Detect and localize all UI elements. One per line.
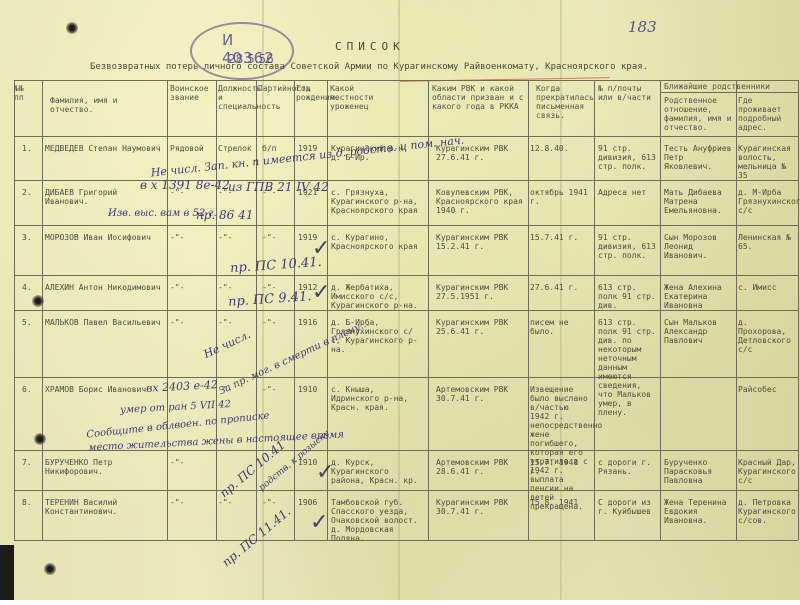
handwritten-note: в х 1391 8е-42 [140,178,230,192]
cell-drafted: Артемовским РВК 28.6.41 г. [436,458,528,476]
cell-position: Стрелок [218,144,256,153]
header-position: Должность и специальность [218,84,256,111]
cell-num: 3. [22,233,40,242]
grid-line [14,136,798,137]
cell-last-contact: 15.7. 1941 г. [530,458,592,476]
header-year: Год рождения. [296,84,322,102]
punch-hole [34,433,46,445]
document-title: СПИСОК [335,40,405,53]
scan-edge-shadow [0,545,14,600]
handwritten-note: из ГПВ 21 IV 42 [228,180,329,194]
cell-relative: Сын Морозов Леонид Иванович. [664,233,734,260]
archive-document-sheet: И 40362 28.5.56 183 СПИСОК Безвозвратных… [0,0,800,600]
cell-year: 1910 [298,385,322,394]
cell-birthplace: с. Кныша, Идринского р-на, Красн. края. [331,385,421,412]
cell-name: БУРУЧЕНКО Петр Никифорович. [45,458,165,476]
header-address: Где проживает подробный адрес. [738,96,796,132]
grid-line [14,310,798,311]
grid-line [14,80,798,81]
grid-line [798,80,799,540]
cell-position: -"- [218,233,256,242]
handwritten-note: пр. ПС 10.41. [230,255,323,276]
cell-relative: Бурученко Парасковья Павловна [664,458,734,485]
cell-num: 1. [22,144,40,153]
check-mark-icon: ✓ [310,510,328,535]
handwritten-note: Не числ. [202,328,253,361]
cell-relative: Тесть Ануфриев Петр Яковлевич. [664,144,734,171]
header-birthplace: Какой местности уроженец [330,84,402,111]
header-unit: № п/почты или в/части [598,84,658,102]
grid-line [14,377,798,378]
cell-last-contact: 15.7.41 г. [530,233,592,242]
header-last-contact: Когда прекратилась письменная связь. [536,84,596,120]
handwritten-note: вх 2403 е-42 [146,378,218,395]
cell-birthplace: д. Курск, Курагинского района, Красн. кр… [331,458,421,485]
cell-num: 8. [22,498,40,507]
cell-address: д. М-Ирба Грязнухинского с/с [738,188,796,215]
punch-hole [66,22,78,34]
cell-num: 6. [22,385,40,394]
cell-birthplace: с. Грязнуха, Курагинского р-на, Краснояр… [331,188,421,215]
cell-rank: -"- [170,458,214,467]
header-party: Партийность [258,84,292,93]
handwritten-note: умер от ран 5 VII 42 [120,399,231,416]
cell-party: -"- [262,318,292,327]
check-mark-icon: ✓ [312,236,330,261]
document-subtitle: Безвозвратных потерь личного состава Сов… [90,62,648,72]
cell-party: -"- [262,385,292,394]
page-number: 183 [628,18,657,36]
cell-rank: -"- [170,283,214,292]
cell-last-contact: 27.6.41 г. [530,283,592,292]
cell-year: 1906 [298,498,322,507]
cell-relative: Жена Теренина Евдокия Ивановна. [664,498,734,525]
header-relatives-group: Ближайшие родственники [664,82,796,91]
header-name: Фамилия, имя и отчество. [50,96,160,114]
cell-last-contact: 15.8. 1941 [530,498,592,507]
cell-name: ТЕРЕНИН Василий Константинович. [45,498,165,516]
header-rank: Воинское звание [170,84,214,102]
cell-party: -"- [262,233,292,242]
punch-hole [44,563,56,575]
cell-last-contact: октябрь 1941 г. [530,188,592,206]
cell-last-contact: писем не было. [530,318,592,336]
cell-address: Ленинская № 65. [738,233,796,251]
cell-num: 2. [22,188,40,197]
cell-unit: 91 стр. дивизия, 613 стр. полк. [598,233,660,260]
cell-relative: Сын Мальков Александр Павлович [664,318,734,345]
cell-address: Райсобес [738,385,796,394]
handwritten-note: пр. ПС 9.41. [228,289,312,310]
header-drafted: Каким РВК и какой области призван и с ка… [432,84,524,111]
cell-relative: Жена Алехина Екатерина Ивановна [664,283,734,310]
cell-unit: 91 стр. дивизия, 613 стр. полк. [598,144,660,171]
header-relative: Родственное отношение, фамилия, имя и от… [664,96,732,132]
cell-num: 7. [22,458,40,467]
cell-unit: С дороги из г. Куйбышев [598,498,660,516]
cell-position: -"- [218,318,256,327]
cell-unit: 613 стр. полк 91 стр. див. [598,283,660,310]
grid-line [14,180,798,181]
grid-line [14,490,798,491]
scan-border [0,600,800,605]
cell-address: д. Прохорова, Детловского с/с [738,318,796,354]
cell-birthplace: с. Курагино, Красноярского края [331,233,421,251]
cell-address: Курагинская волость, мельница № 35 [738,144,796,180]
cell-birthplace: Тамбовской губ. Спасского уезда, Очаковс… [331,498,421,543]
cell-year: 1916 [298,318,322,327]
handwritten-note: пр. 86 41 [196,208,253,222]
cell-relative: Мать Дибаева Матрена Емельяновна. [664,188,734,215]
grid-line [14,225,798,226]
cell-num: 4. [22,283,40,292]
check-mark-icon: ✓ [312,280,330,305]
cell-name: МАЛЬКОВ Павел Васильевич [45,318,165,327]
cell-position: -"- [218,283,256,292]
cell-num: 5. [22,318,40,327]
grid-line [14,275,798,276]
grid-line [660,92,798,93]
cell-drafted: Курагинским РВК 25.6.41 г. [436,318,528,336]
cell-name: АЛЕХИН Антон Никодимович [45,283,165,292]
cell-last-contact: Извещение было выслано в/частью 1942 г. … [530,385,592,511]
cell-party: -"- [262,498,292,507]
cell-address: с. Имисс [738,283,796,292]
cell-name: МОРОЗОВ Иван Иосифович [45,233,165,242]
cell-drafted: Курагинским РВК 27.5.1951 г. [436,283,528,301]
cell-address: д. Петровка Курагинского с/сов. [738,498,796,525]
cell-address: Красный Дар, Курагинского с/с [738,458,796,485]
cell-unit: с дороги г. Рязань. [598,458,660,476]
cell-last-contact: 12.8.40. [530,144,592,153]
cell-drafted: Артемовским РВК 30.7.41 г. [436,385,528,403]
cell-unit: 613 стр. полк 91 стр. див. по некоторым … [598,318,660,417]
cell-drafted: Курагинским РВК 15.2.41 г. [436,233,528,251]
cell-drafted: Ковулевским РВК, Красноярского края 1940… [436,188,528,215]
cell-unit: Адреса нет [598,188,660,197]
cell-position: -"- [218,498,256,507]
cell-rank: -"- [170,233,214,242]
cell-rank: -"- [170,498,214,507]
cell-drafted: Курагинским РВК 30.7.41 г. [436,498,528,516]
punch-hole [32,295,44,307]
cell-birthplace: д. Жербатиха, Имисского с/с, Курагинског… [331,283,421,310]
check-mark-icon: ✓ [316,460,334,485]
cell-rank: Рядовой [170,144,214,153]
header-num: №№ пп [14,84,34,102]
cell-name: МЕДВЕДЕВ Степан Наумович [45,144,165,153]
cell-rank: -"- [170,318,214,327]
